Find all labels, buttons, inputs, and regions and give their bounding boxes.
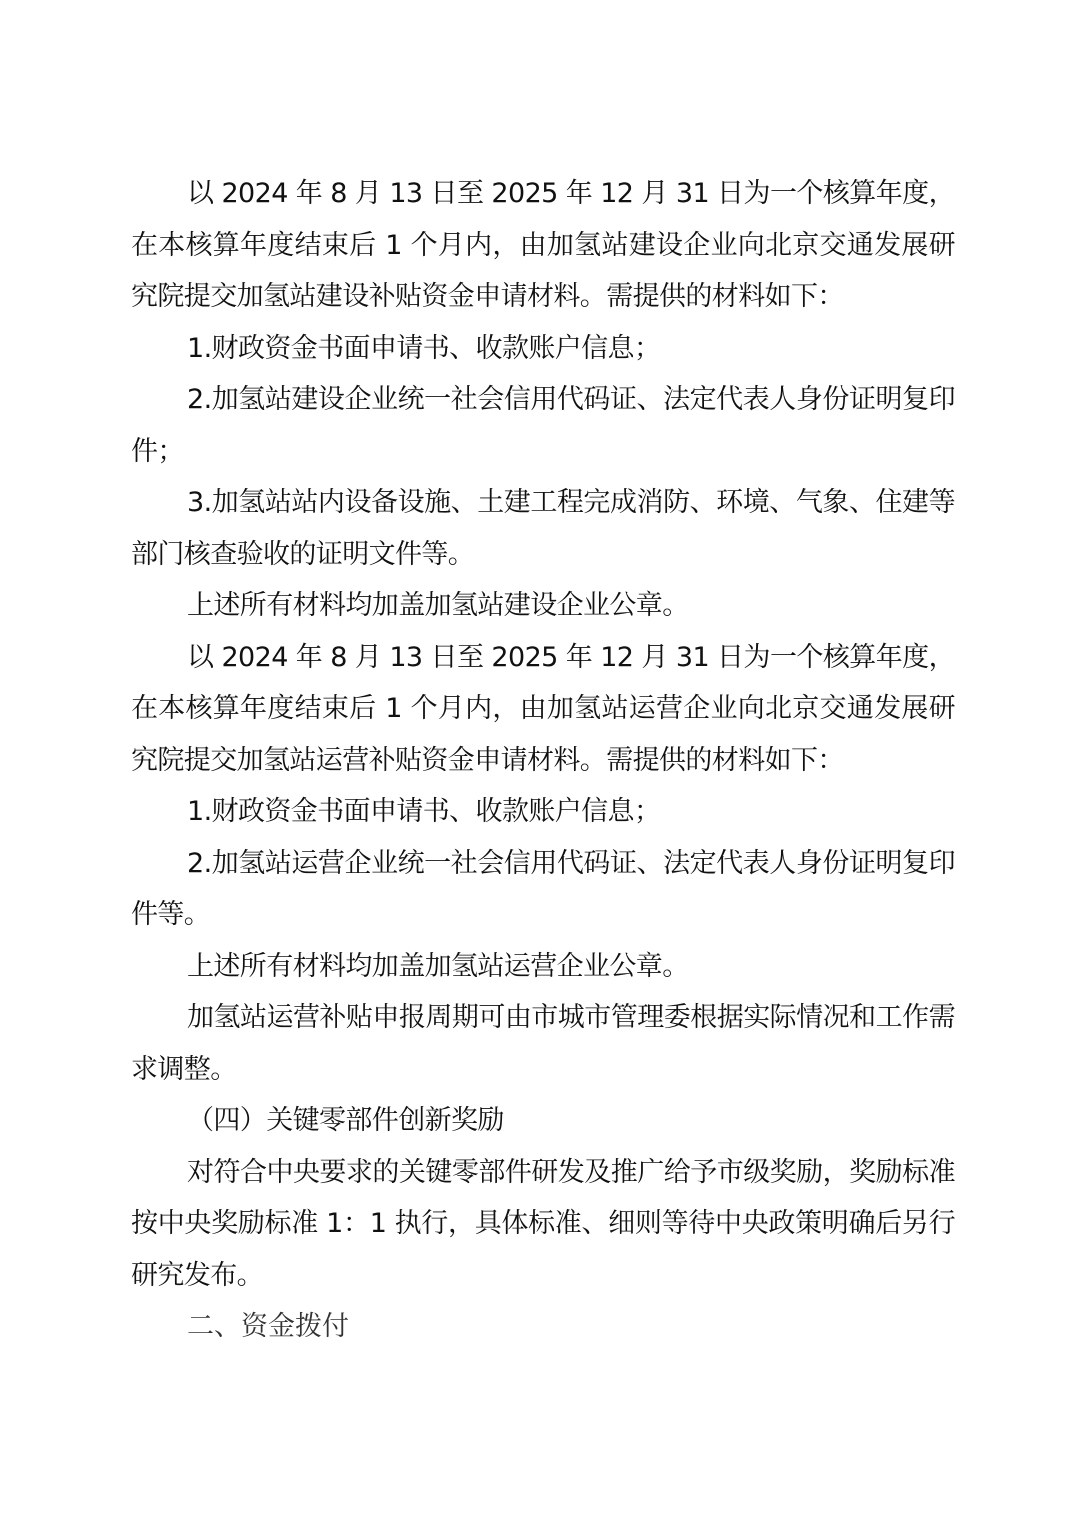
paragraph-key-components-reward: 对符合中央要求的关键零部件研发及推广给予市级奖励，奖励标准按中央奖励标准 1：1… xyxy=(131,1147,955,1302)
list-item-construction-2: 2.加氢站建设企业统一社会信用代码证、法定代表人身份证明复印件； xyxy=(131,374,955,477)
list-item-operation-1: 1.财政资金书面申请书、收款账户信息； xyxy=(131,786,955,838)
paragraph-construction-seal: 上述所有材料均加盖加氢站建设企业公章。 xyxy=(131,580,955,632)
list-item-construction-3: 3.加氢站站内设备设施、土建工程完成消防、环境、气象、住建等部门核查验收的证明文… xyxy=(131,477,955,580)
section-heading-key-components: （四）关键零部件创新奖励 xyxy=(131,1095,955,1147)
paragraph-operation-seal: 上述所有材料均加盖加氢站运营企业公章。 xyxy=(131,941,955,993)
list-item-operation-2: 2.加氢站运营企业统一社会信用代码证、法定代表人身份证明复印件等。 xyxy=(131,838,955,941)
paragraph-operation-accounting-period: 以 2024 年 8 月 13 日至 2025 年 12 月 31 日为一个核算… xyxy=(131,632,955,787)
paragraph-operation-period-adjustment: 加氢站运营补贴申报周期可由市城市管理委根据实际情况和工作需求调整。 xyxy=(131,992,955,1095)
section-heading-fund-allocation: 二、资金拨付 xyxy=(131,1301,955,1353)
document-page: 以 2024 年 8 月 13 日至 2025 年 12 月 31 日为一个核算… xyxy=(131,168,955,1353)
list-item-construction-1: 1.财政资金书面申请书、收款账户信息； xyxy=(131,323,955,375)
paragraph-construction-accounting-period: 以 2024 年 8 月 13 日至 2025 年 12 月 31 日为一个核算… xyxy=(131,168,955,323)
